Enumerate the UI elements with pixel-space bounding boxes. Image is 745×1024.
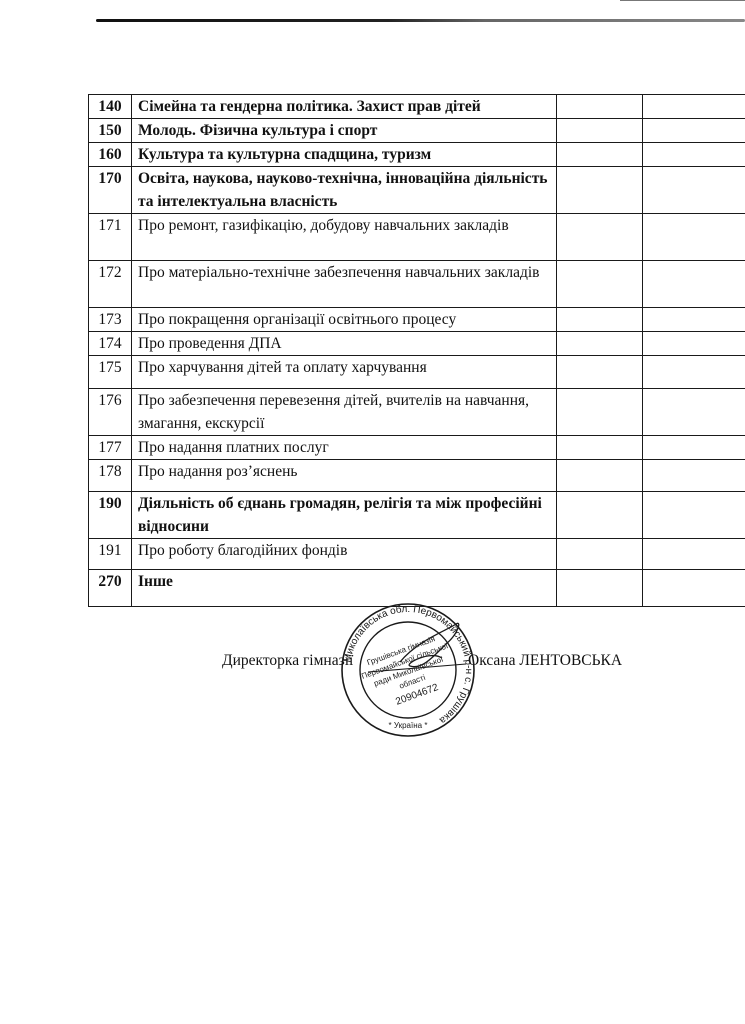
official-stamp-icon: Миколаївська обл. Первомайський р-н с. Г…	[338, 600, 478, 740]
topic-code: 150	[89, 119, 132, 143]
empty-cell	[643, 308, 745, 332]
empty-cell	[557, 436, 643, 460]
topic-title: Культура та культурна спадщина, туризм	[132, 143, 557, 167]
signatory-role: Директорка гімназії	[222, 652, 353, 670]
table-row: 177Про надання платних послуг	[89, 436, 745, 460]
topic-code: 175	[89, 356, 132, 389]
topic-title: Про надання роз’яснень	[132, 460, 557, 492]
empty-cell	[557, 539, 643, 570]
signatory-name: Оксана ЛЕНТОВСЬКА	[468, 652, 622, 670]
topic-code: 174	[89, 332, 132, 356]
topic-title: Освіта, наукова, науково-технічна, іннов…	[132, 167, 557, 214]
empty-cell	[643, 389, 745, 436]
topic-title: Про ремонт, газифікацію, добудову навчал…	[132, 214, 557, 261]
empty-cell	[557, 95, 643, 119]
empty-cell	[557, 389, 643, 436]
table-row: 174Про проведення ДПА	[89, 332, 745, 356]
topic-title: Про надання платних послуг	[132, 436, 557, 460]
topic-title: Про матеріально-технічне забезпечення на…	[132, 261, 557, 308]
topic-classification-table: 140Сімейна та гендерна політика. Захист …	[88, 94, 745, 607]
empty-cell	[643, 539, 745, 570]
table-row: 172Про матеріально-технічне забезпечення…	[89, 261, 745, 308]
topic-title: Про забезпечення перевезення дітей, вчит…	[132, 389, 557, 436]
table-row: 173Про покращення організації освітнього…	[89, 308, 745, 332]
table-row: 191Про роботу благодійних фондів	[89, 539, 745, 570]
empty-cell	[643, 167, 745, 214]
topic-code: 176	[89, 389, 132, 436]
empty-cell	[557, 308, 643, 332]
topic-title: Про харчування дітей та оплату харчуванн…	[132, 356, 557, 389]
scan-edge-line	[620, 0, 745, 1]
empty-cell	[643, 570, 745, 607]
topic-code: 177	[89, 436, 132, 460]
topic-code: 190	[89, 492, 132, 539]
empty-cell	[557, 460, 643, 492]
table-row: 176Про забезпечення перевезення дітей, в…	[89, 389, 745, 436]
empty-cell	[557, 143, 643, 167]
topic-code: 191	[89, 539, 132, 570]
table-row: 190Діяльність об єднань громадян, релігі…	[89, 492, 745, 539]
empty-cell	[643, 214, 745, 261]
empty-cell	[557, 261, 643, 308]
empty-cell	[557, 570, 643, 607]
empty-cell	[643, 492, 745, 539]
table-row: 150Молодь. Фізична культура і спорт	[89, 119, 745, 143]
empty-cell	[557, 332, 643, 356]
topic-code: 270	[89, 570, 132, 607]
empty-cell	[643, 436, 745, 460]
empty-cell	[643, 460, 745, 492]
empty-cell	[557, 356, 643, 389]
topic-code: 160	[89, 143, 132, 167]
empty-cell	[557, 167, 643, 214]
table-row: 175Про харчування дітей та оплату харчув…	[89, 356, 745, 389]
empty-cell	[557, 214, 643, 261]
empty-cell	[643, 332, 745, 356]
topic-title: Про роботу благодійних фондів	[132, 539, 557, 570]
topic-code: 171	[89, 214, 132, 261]
table-row: 178Про надання роз’яснень	[89, 460, 745, 492]
topic-title: Про покращення організації освітнього пр…	[132, 308, 557, 332]
topic-code: 178	[89, 460, 132, 492]
topic-code: 173	[89, 308, 132, 332]
table-row: 171Про ремонт, газифікацію, добудову нав…	[89, 214, 745, 261]
topic-title: Діяльність об єднань громадян, релігія т…	[132, 492, 557, 539]
table-row: 160Культура та культурна спадщина, туриз…	[89, 143, 745, 167]
empty-cell	[643, 143, 745, 167]
topic-code: 170	[89, 167, 132, 214]
table-row: 140Сімейна та гендерна політика. Захист …	[89, 95, 745, 119]
empty-cell	[643, 95, 745, 119]
empty-cell	[643, 356, 745, 389]
topic-title: Сімейна та гендерна політика. Захист пра…	[132, 95, 557, 119]
table-row: 170Освіта, наукова, науково-технічна, ін…	[89, 167, 745, 214]
topic-code: 172	[89, 261, 132, 308]
topic-title: Про проведення ДПА	[132, 332, 557, 356]
svg-text:* Україна *: * Україна *	[389, 721, 428, 730]
empty-cell	[557, 119, 643, 143]
topic-title: Молодь. Фізична культура і спорт	[132, 119, 557, 143]
header-rule	[96, 19, 745, 22]
empty-cell	[643, 119, 745, 143]
empty-cell	[643, 261, 745, 308]
empty-cell	[557, 492, 643, 539]
topic-code: 140	[89, 95, 132, 119]
